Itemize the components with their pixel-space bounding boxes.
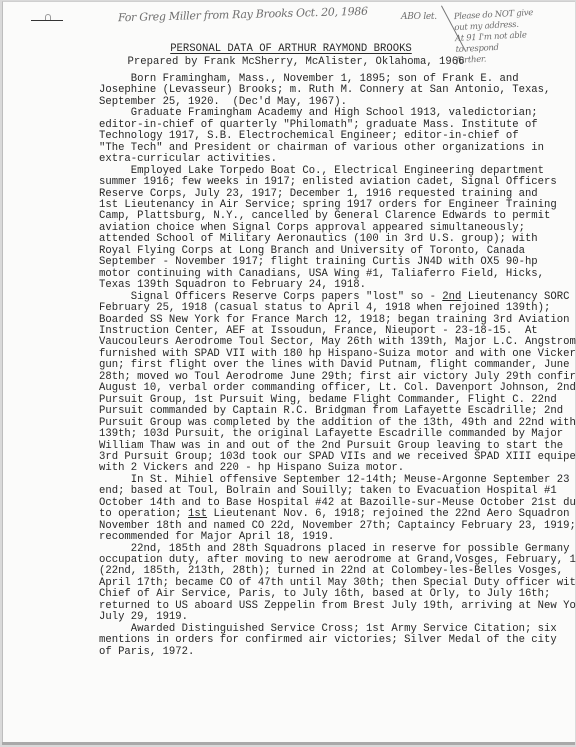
text-line: February 25, 1918 (casual status to Apri…: [99, 303, 569, 314]
text-line: August 10, verbal order commanding offic…: [99, 383, 569, 394]
document-subtitle: Prepared by Frank McSherry, McAlister, O…: [3, 56, 576, 68]
text-line: to operation; 1st Lieutenant Nov. 6, 191…: [99, 509, 569, 520]
paragraph: In St. Mihiel offensive September 12-14t…: [99, 475, 569, 544]
text-line: of Paris, 1972.: [99, 647, 569, 658]
text-line: Technology 1917, S.B. Electrochemical En…: [99, 131, 569, 142]
handwritten-abo-note: ABO let.: [401, 12, 437, 22]
text-line: extra-curricular activities.: [99, 154, 569, 165]
text-line: September - November 1917; flight traini…: [99, 257, 569, 268]
text-line: Texas 139th Squadron to February 24, 191…: [99, 280, 569, 291]
text-line: recommended for Major April 18, 1919.: [99, 532, 569, 543]
paragraph: Signal Officers Reserve Corps papers "lo…: [99, 292, 569, 475]
text-line: Pursuit commanded by Captain R.C. Bridgm…: [99, 406, 569, 417]
document-body: Born Framingham, Mass., November 1, 1895…: [99, 74, 569, 658]
paragraph: Awarded Distinguished Service Cross; 1st…: [99, 624, 569, 658]
text-line: summer 1916; few weeks in 1917; enlisted…: [99, 177, 569, 188]
document-title: PERSONAL DATA OF ARTHUR RAYMOND BROOKS: [3, 43, 576, 55]
paragraph: Employed Lake Torpedo Boat Co., Electric…: [99, 166, 569, 292]
text-line: mentions in orders for confirmed air vic…: [99, 635, 569, 646]
document-page: For Greg Miller from Ray Brooks Oct. 20,…: [2, 1, 575, 742]
text-line: 139th; 103d Pursuit, the original Lafaye…: [99, 429, 569, 440]
paragraph: 22nd, 185th and 28th Squadrons placed in…: [99, 544, 569, 624]
handwritten-dedication: For Greg Miller from Ray Brooks Oct. 20,…: [118, 5, 368, 25]
paragraph: Graduate Framingham Academy and High Sch…: [99, 108, 569, 165]
margin-mark: [31, 20, 63, 21]
document-title-text: PERSONAL DATA OF ARTHUR RAYMOND BROOKS: [170, 43, 412, 55]
paragraph: Born Framingham, Mass., November 1, 1895…: [99, 74, 569, 108]
